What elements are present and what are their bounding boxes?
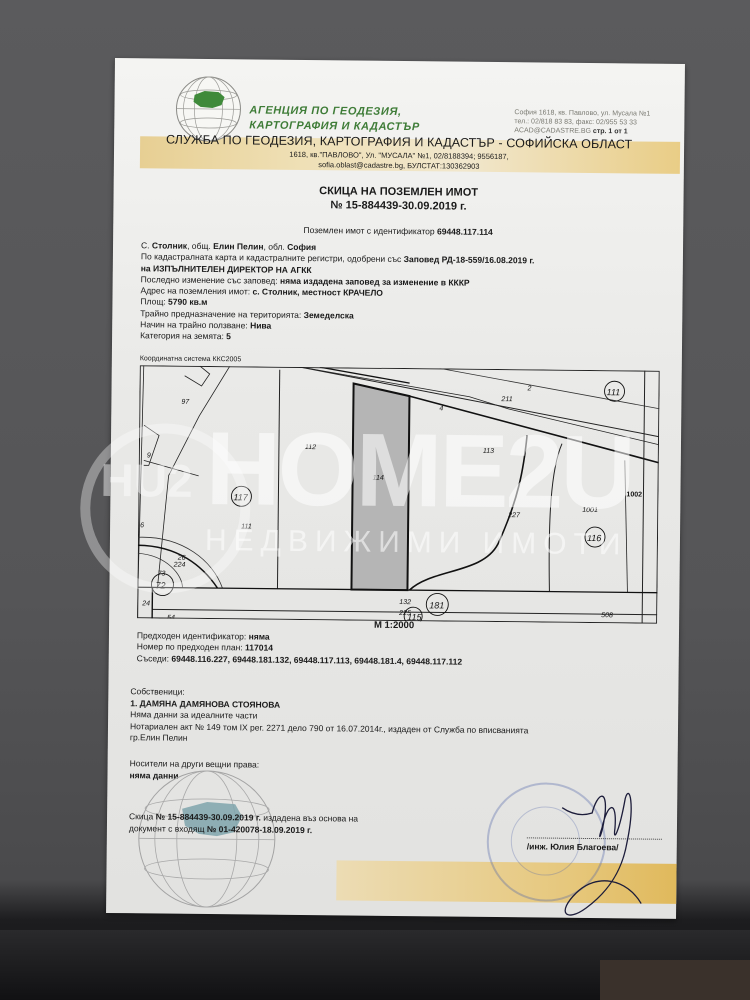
owner-name: 1. ДАМЯНА ДАМЯНОВА СТОЯНОВА <box>130 698 280 710</box>
usage-label: Начин на трайно ползване: <box>140 319 248 330</box>
source-doc-row: документ с входящ № 01-420078-18.09.2019… <box>129 823 358 837</box>
svg-text:114: 114 <box>373 475 384 482</box>
municipality-prefix: , общ. <box>187 241 211 251</box>
issuance-note: Скица № 15-884439-30.09.2019 г. издадена… <box>129 811 358 836</box>
last-change-value: няма издадена заповед за изменение в ККК… <box>280 276 470 288</box>
footer-globe-icon <box>136 763 278 914</box>
cadastral-sketch-document: АГЕНЦИЯ ПО ГЕОДЕЗИЯ, КАРТОГРАФИЯ И КАДАС… <box>106 58 685 919</box>
contact-email: ACAD@CADASTRE.BG <box>514 127 591 135</box>
svg-text:132: 132 <box>399 599 411 606</box>
purpose-label: Трайно предназначение на територията: <box>140 308 301 320</box>
svg-text:116: 116 <box>587 533 601 543</box>
prev-identifier-label: Предходен идентификатор: <box>137 630 246 641</box>
svg-text:117: 117 <box>233 492 248 502</box>
svg-text:227: 227 <box>507 512 521 519</box>
document-title: СКИЦА НА ПОЗЕМЛЕН ИМОТ № 15-884439-30.09… <box>113 182 683 216</box>
agency-name: АГЕНЦИЯ ПО ГЕОДЕЗИЯ, КАРТОГРАФИЯ И КАДАС… <box>249 103 420 135</box>
prev-plan-label: Номер по предходен план: <box>137 642 243 653</box>
previous-data: Предходен идентификатор: няма Номер по п… <box>137 630 463 667</box>
svg-text:97: 97 <box>181 399 190 406</box>
address-value: с. Столник, местност КРАЧЕЛО <box>252 287 383 298</box>
svg-text:4: 4 <box>439 405 443 412</box>
svg-text:181: 181 <box>429 600 444 610</box>
svg-text:224: 224 <box>173 562 186 569</box>
purpose-value: Земеделска <box>304 310 354 321</box>
category-label: Категория на земята: <box>140 331 224 342</box>
svg-text:9: 9 <box>147 452 151 459</box>
category-value: 5 <box>226 332 231 342</box>
prev-identifier-value: няма <box>249 631 270 641</box>
svg-text:113: 113 <box>483 448 494 455</box>
svg-text:211: 211 <box>500 396 512 403</box>
svg-text:111: 111 <box>241 523 252 530</box>
issued-number: № 15-884439-30.09.2019 г. <box>156 811 261 822</box>
neighbours-value: 69448.116.227, 69448.181.132, 69448.117.… <box>171 653 462 666</box>
approval-order: Заповед РД-18-559/16.08.2019 г. <box>404 254 535 265</box>
prev-plan-value: 117014 <box>245 643 273 653</box>
svg-text:72: 72 <box>155 580 165 590</box>
svg-text:508: 508 <box>601 612 613 619</box>
page-indicator: стр. 1 от 1 <box>593 128 628 135</box>
identifier-value: 69448.117.114 <box>437 226 493 237</box>
area-value: 5790 кв.м <box>168 297 208 307</box>
coordinate-system-label: Координатна система ККС2005 <box>140 355 241 363</box>
agency-name-line2: КАРТОГРАФИЯ И КАДАСТЪР <box>249 118 420 135</box>
usage-value: Нива <box>250 321 271 331</box>
doc-prefix: документ с входящ <box>129 823 205 834</box>
municipality: Елин Пелин <box>213 241 263 252</box>
desk-wood <box>600 960 750 1000</box>
svg-text:1001: 1001 <box>582 507 598 514</box>
contact-email-row: ACAD@CADASTRE.BG стр. 1 от 1 <box>514 126 674 137</box>
last-change-label: Последно изменение със заповед: <box>141 274 278 285</box>
svg-text:2: 2 <box>527 385 532 392</box>
doc-number: № 01-420078-18.09.2019 г. <box>207 824 312 835</box>
village-prefix: С. <box>141 240 150 250</box>
region-prefix: , обл. <box>263 242 284 252</box>
region: София <box>287 242 316 252</box>
svg-text:111: 111 <box>606 387 620 397</box>
parcel-identifier: Поземлен имот с идентификатор 69448.117.… <box>113 223 683 239</box>
agency-contacts: София 1618, кв. Павлово, ул. Мусала №1 т… <box>514 108 674 137</box>
area-label: Площ: <box>140 297 165 307</box>
parcel-details: С. Столник, общ. Елин Пелин, обл. София … <box>140 240 535 346</box>
approval-authority: на ИЗПЪЛНИТЕЛЕН ДИРЕКТОР НА АГКК <box>141 263 312 275</box>
svg-text:6: 6 <box>140 522 144 529</box>
address-label: Адрес на поземления имот: <box>141 285 251 296</box>
svg-text:24: 24 <box>141 600 150 607</box>
svg-text:1002: 1002 <box>626 491 642 498</box>
neighbours-label: Съседи: <box>137 653 169 663</box>
owners-section: Собственици: 1. ДАМЯНА ДАМЯНОВА СТОЯНОВА… <box>130 686 529 748</box>
svg-text:112: 112 <box>305 444 316 451</box>
issued-prefix: Скица <box>129 811 153 821</box>
identifier-label: Поземлен имот с идентификатор <box>304 225 435 236</box>
agency-name-line1: АГЕНЦИЯ ПО ГЕОДЕЗИЯ, <box>249 103 420 120</box>
neighbours-row: Съседи: 69448.116.227, 69448.181.132, 69… <box>137 653 463 668</box>
signature-icon <box>546 783 658 934</box>
village: Столник <box>152 240 187 250</box>
issued-middle: издадена въз основа на <box>263 813 358 824</box>
highlighted-parcel-114 <box>351 384 409 591</box>
cadastral-map: 97 112 114 111 113 211 4 2 227 1001 1002… <box>137 365 660 623</box>
